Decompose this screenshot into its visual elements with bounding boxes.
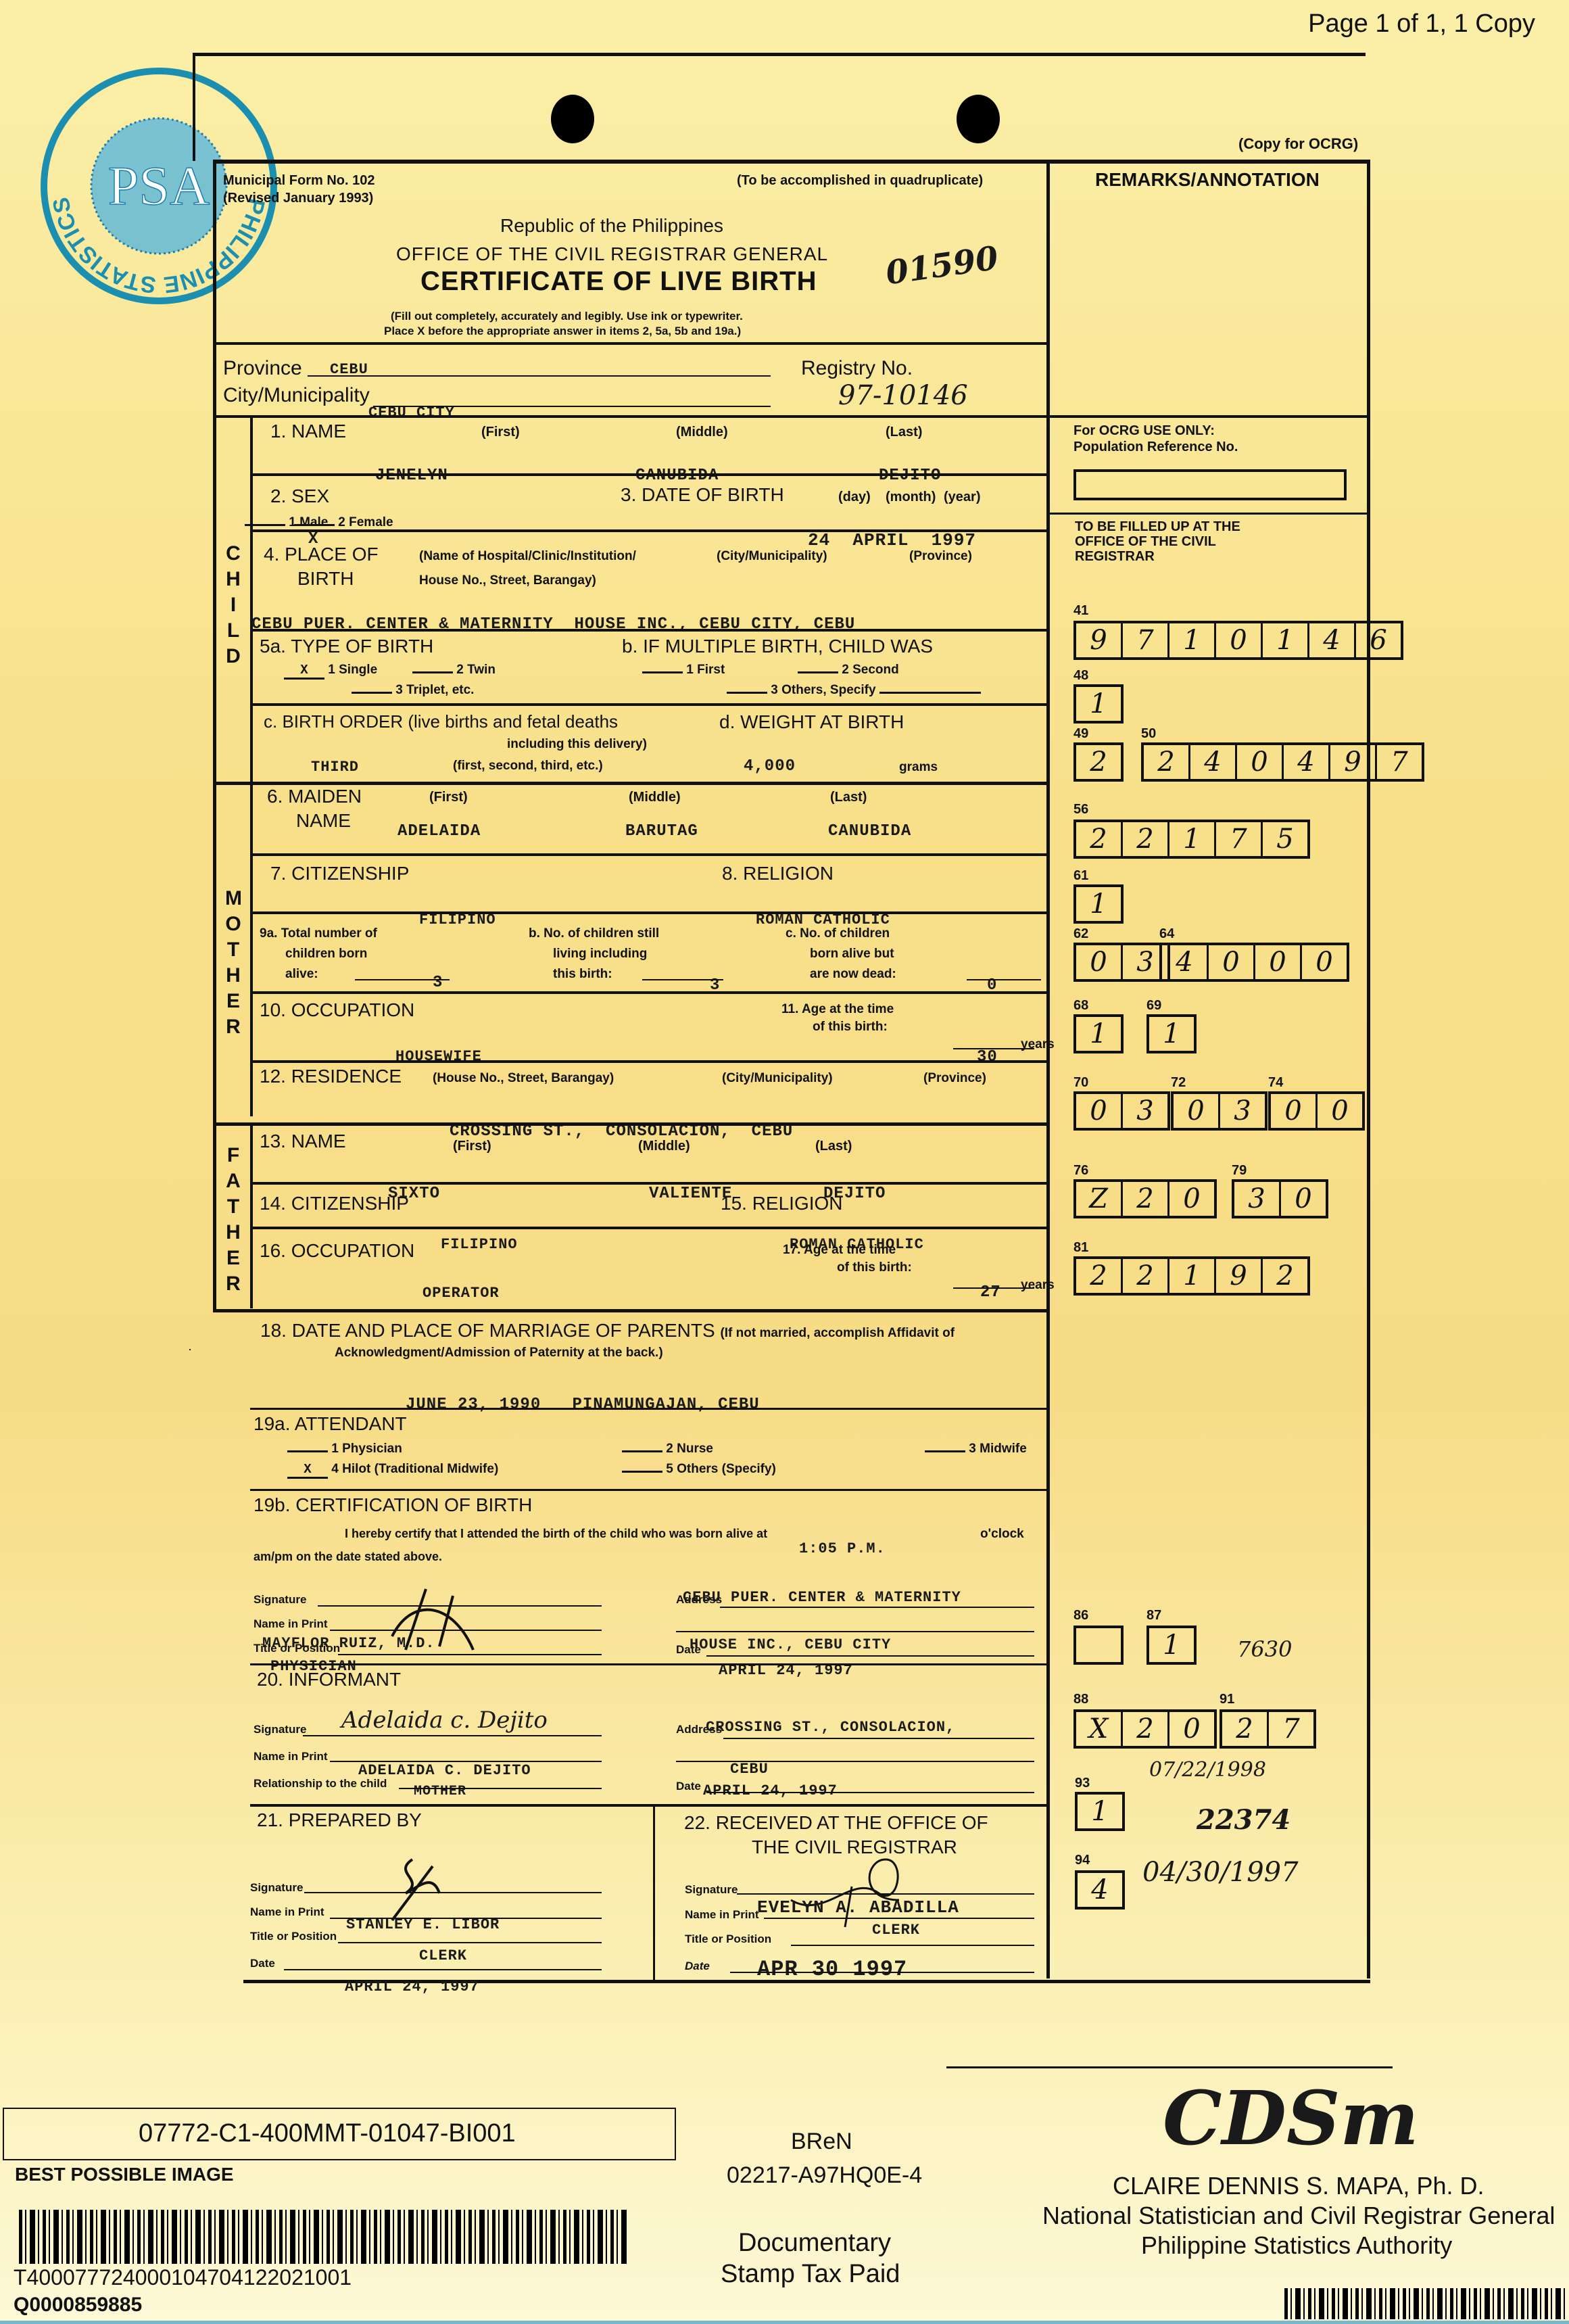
- pob-label-1: 4. PLACE OF: [264, 544, 379, 565]
- dob-label: 3. DATE OF BIRTH: [621, 484, 784, 506]
- svg-text:PSA: PSA: [108, 155, 210, 216]
- oclock-label: o'clock: [980, 1527, 1024, 1542]
- sex-dob-divider: [614, 473, 616, 475]
- received-title-line: [791, 1945, 1034, 1946]
- registry-label: Registry No.: [801, 357, 913, 380]
- city-underline: [373, 406, 771, 407]
- certification-text-1: I hereby certify that I attended the bir…: [345, 1527, 767, 1541]
- divider-father-bottom: [213, 1309, 1048, 1312]
- father-age-unit: years: [1021, 1278, 1055, 1293]
- signatory-title: National Statistician and Civil Registra…: [1042, 2202, 1555, 2230]
- code-field-79[interactable]: 30: [1232, 1179, 1328, 1218]
- form-revised: (Revised January 1993): [223, 191, 373, 206]
- father-name-label: 13. NAME: [260, 1131, 346, 1152]
- received-name-label: Name in Print: [685, 1908, 759, 1922]
- best-possible-image-label: BEST POSSIBLE IMAGE: [15, 2164, 234, 2185]
- ocrg-title: For OCRG USE ONLY:: [1073, 423, 1215, 439]
- code-field-61[interactable]: 1: [1073, 884, 1124, 924]
- prepared-date-label: Date: [250, 1957, 275, 1970]
- page-title: CERTIFICATE OF LIVE BIRTH: [420, 266, 817, 297]
- dob-day-label: (day): [838, 490, 871, 505]
- pob-sub-2: House No., Street, Barangay): [419, 573, 596, 588]
- fill-up-title: TO BE FILLED UP AT THEOFFICE OF THE CIVI…: [1075, 519, 1240, 564]
- prepared-received-divider: [653, 1804, 655, 1981]
- code-label-56: 56: [1073, 802, 1088, 817]
- code-label-72: 72: [1171, 1075, 1186, 1091]
- bottom-edge: [0, 2321, 1569, 2324]
- control-number: 07772-C1-400MMT-01047-BI001: [139, 2119, 516, 2148]
- attendant-others[interactable]: 5 Others (Specify): [622, 1462, 776, 1477]
- frame-right-main: [1046, 160, 1050, 1978]
- 9a-9b-divider: [512, 911, 514, 913]
- prepared-title-label: Title or Position: [250, 1930, 337, 1943]
- order-weight-divider: [706, 703, 708, 705]
- cert-name-label: Name in Print: [254, 1617, 328, 1631]
- code-field-48[interactable]: 1: [1073, 684, 1124, 724]
- dead-children-label: c. No. of childrenborn alive butare now …: [786, 924, 896, 985]
- code-label-74: 74: [1268, 1075, 1283, 1091]
- total-children-label: 9a. Total number ofchildren bornalive:: [260, 924, 377, 985]
- total-children-underline: [355, 979, 450, 980]
- father-section-label: FATHER: [220, 1143, 247, 1297]
- remarks-title: REMARKS/ANNOTATION: [1095, 169, 1320, 191]
- relationship-line: [399, 1788, 602, 1789]
- code-field-62[interactable]: 03: [1073, 943, 1170, 982]
- prepared-by-label: 21. PREPARED BY: [257, 1809, 422, 1831]
- relationship-field[interactable]: MOTHER: [414, 1784, 466, 1799]
- multiple-birth-label: b. IF MULTIPLE BIRTH, CHILD WAS: [622, 636, 933, 657]
- attendant-midwife[interactable]: 3 Midwife: [925, 1442, 1027, 1456]
- residence-label: 12. RESIDENCE: [260, 1066, 402, 1087]
- code-label-64: 64: [1159, 926, 1174, 942]
- marriage-note-2: Acknowledgment/Admission of Paternity at…: [335, 1346, 663, 1360]
- divider-child-sex: [250, 529, 1048, 532]
- note-94-date: 04/30/1997: [1142, 1857, 1299, 1888]
- registry-divider: [790, 343, 792, 345]
- total-children-field[interactable]: 3: [433, 974, 443, 992]
- frame-top-inner: [213, 160, 1369, 164]
- code-field-93[interactable]: 1: [1075, 1792, 1125, 1831]
- mother-last-label: (Last): [830, 790, 867, 805]
- received-signature-label: Signature: [685, 1883, 738, 1897]
- maiden-label-1: 6. MAIDEN: [267, 786, 362, 807]
- residence-prov-label: (Province): [923, 1071, 986, 1086]
- attendant-nurse[interactable]: 2 Nurse: [622, 1442, 713, 1456]
- residence-city-label: (City/Municipality): [722, 1071, 833, 1086]
- divider-child-type: [250, 703, 1048, 706]
- prepared-name-field[interactable]: STANLEY E. LIBOR: [346, 1916, 500, 1933]
- father-cit-rel-divider: [717, 1182, 719, 1183]
- signatory-org: Philippine Statistics Authority: [1141, 2231, 1452, 2260]
- divider-certification: [250, 1663, 1048, 1665]
- father-age-label: 17. Age at the timeof this birth:: [783, 1241, 912, 1277]
- prepared-title-line: [338, 1942, 602, 1943]
- code-field-56[interactable]: 22175: [1073, 820, 1310, 859]
- mother-occupation-label: 10. OCCUPATION: [260, 999, 414, 1021]
- code-label-50: 50: [1141, 726, 1156, 742]
- registry-field[interactable]: 97-10146: [838, 380, 968, 411]
- certification-text-2: am/pm on the date stated above.: [254, 1550, 442, 1564]
- informant-date-line: [706, 1792, 1034, 1793]
- received-name-line: [764, 1918, 1034, 1919]
- office-label: OFFICE OF THE CIVIL REGISTRAR GENERAL: [396, 243, 828, 265]
- pob-city-label: (City/Municipality): [717, 549, 827, 564]
- mother-last-name[interactable]: CANUBIDA: [828, 822, 911, 840]
- serial-number: Q0000859885: [14, 2294, 142, 2317]
- mother-age-unit: years: [1021, 1037, 1055, 1052]
- received-date-stamp[interactable]: APR 30 1997: [757, 1957, 907, 1982]
- informant-address-line-1[interactable]: CROSSING ST., CONSOLACION,: [706, 1719, 955, 1736]
- mother-sidebar-divider: [250, 782, 253, 1116]
- instructions-line-2: Place X before the appropriate answer in…: [384, 325, 741, 338]
- divider-mother-children: [250, 991, 1048, 994]
- father-age-field[interactable]: 27: [980, 1283, 1001, 1302]
- father-middle-name[interactable]: VALIENTE: [649, 1185, 732, 1203]
- father-citizenship-field[interactable]: FILIPINO: [441, 1236, 518, 1253]
- father-last-label: (Last): [815, 1139, 852, 1154]
- informant-signature: Adelaida c. Dejito: [341, 1707, 548, 1734]
- pob-sub-1: (Name of Hospital/Clinic/Institution/: [419, 549, 636, 564]
- marriage-label: 18. DATE AND PLACE OF MARRIAGE OF PARENT…: [260, 1320, 955, 1342]
- code-field-76[interactable]: Z20: [1073, 1179, 1217, 1218]
- code-field-70[interactable]: 03: [1073, 1091, 1170, 1131]
- divider-mother-cit: [250, 911, 1048, 914]
- mother-citizenship-label: 7. CITIZENSHIP: [270, 863, 409, 884]
- birth-type-single[interactable]: X 1 Single: [284, 663, 377, 680]
- child-sidebar-divider: [250, 415, 253, 783]
- father-citizenship-label: 14. CITIZENSHIP: [260, 1193, 409, 1214]
- father-occupation-field[interactable]: OPERATOR: [423, 1285, 500, 1302]
- code-field-81[interactable]: 22192: [1073, 1256, 1310, 1296]
- code-label-68: 68: [1073, 998, 1088, 1014]
- code-field-69[interactable]: 1: [1146, 1014, 1197, 1053]
- divider-mother-occ: [250, 1060, 1048, 1063]
- left-dotted-edge: [189, 1349, 191, 1350]
- father-occ-age-divider: [776, 1227, 778, 1228]
- divider-header: [213, 342, 1048, 345]
- birth-order-hint: (first, second, third, etc.): [453, 759, 603, 774]
- attendant-physician[interactable]: 1 Physician: [287, 1442, 402, 1456]
- cert-name-line: [330, 1630, 602, 1631]
- dob-field[interactable]: 24 APRIL 1997: [808, 530, 976, 550]
- attendant-hilot[interactable]: X 4 Hilot (Traditional Midwife): [287, 1462, 498, 1479]
- child-first-label: (First): [481, 425, 520, 440]
- prepared-date-line: [284, 1969, 602, 1970]
- received-label-1: 22. RECEIVED AT THE OFFICE OF: [684, 1812, 988, 1834]
- frame-top-outer: [193, 53, 1366, 56]
- multiple-second-option[interactable]: 2 Second: [798, 663, 899, 678]
- code-label-41: 41: [1073, 603, 1088, 619]
- prepared-title-field[interactable]: CLERK: [419, 1947, 467, 1964]
- code-field-41[interactable]: 9710146: [1073, 621, 1403, 660]
- multiple-first-option[interactable]: 1 First: [642, 663, 725, 678]
- father-occupation-label: 16. OCCUPATION: [260, 1240, 414, 1262]
- informant-address-rule-1: [723, 1738, 1034, 1739]
- received-name-field[interactable]: EVELYN A. ABADILLA: [757, 1897, 959, 1918]
- residence-sub: (House No., Street, Barangay): [433, 1071, 614, 1086]
- 9b-9c-divider: [771, 911, 773, 913]
- dead-children-underline: [967, 979, 1041, 980]
- note-86: 7630: [1237, 1636, 1292, 1662]
- informant-address-line-2[interactable]: CEBU: [730, 1761, 769, 1778]
- living-children-label: b. No. of children stillliving including…: [529, 924, 659, 985]
- mother-religion-label: 8. RELIGION: [722, 863, 834, 884]
- population-reference-field[interactable]: [1073, 469, 1347, 500]
- divider-mother-name: [250, 853, 1048, 856]
- father-religion-label: 15. RELIGION: [721, 1193, 843, 1214]
- ocrg-subtitle: Population Reference No.: [1073, 440, 1238, 455]
- informant-signature-label: Signature: [254, 1723, 306, 1736]
- father-middle-label: (Middle): [638, 1139, 690, 1154]
- registrar-signature: CDSm: [1163, 2074, 1419, 2162]
- multiple-others-option[interactable]: 3 Others, Specify: [727, 683, 981, 698]
- cert-name-field[interactable]: MAYFLOR RUIZ, M.D.: [262, 1635, 435, 1652]
- barcode-text: T400077724000104704122021001: [14, 2265, 352, 2290]
- page-info: Page 1 of 1, 1 Copy: [1308, 9, 1535, 39]
- informant-label: 20. INFORMANT: [257, 1669, 401, 1690]
- birth-time-field[interactable]: 1:05 P.M.: [799, 1540, 886, 1557]
- code-label-93: 93: [1075, 1776, 1090, 1791]
- code-field-74[interactable]: 00: [1268, 1091, 1365, 1131]
- barcode-primary: [19, 2210, 627, 2264]
- cert-signature-label: Signature: [254, 1593, 306, 1607]
- code-field-87[interactable]: 1: [1146, 1626, 1197, 1665]
- divider-child-top: [213, 415, 1048, 418]
- prepared-date-field[interactable]: APRIL 24, 1997: [345, 1978, 479, 1995]
- cert-date-line: [706, 1655, 1034, 1657]
- code-label-88: 88: [1073, 1692, 1088, 1707]
- stamp-tax-line-2: Stamp Tax Paid: [721, 2260, 900, 2289]
- pob-label-2: BIRTH: [297, 568, 354, 590]
- birth-type-triplet[interactable]: 3 Triplet, etc.: [352, 683, 474, 698]
- code-field-94[interactable]: 4: [1075, 1870, 1125, 1910]
- relationship-label: Relationship to the child: [254, 1777, 387, 1791]
- divider-mother-top: [213, 782, 1048, 785]
- certification-label: 19b. CERTIFICATION OF BIRTH: [254, 1494, 532, 1516]
- stamp-tax-line-1: Documentary: [738, 2229, 891, 2258]
- code-field-86[interactable]: [1073, 1626, 1124, 1665]
- dob-month-label: (month): [886, 490, 936, 505]
- divider-attendant: [250, 1489, 1048, 1491]
- cert-address-line: [720, 1607, 1034, 1608]
- received-date-label: Date: [685, 1960, 710, 1973]
- code-label-70: 70: [1073, 1075, 1088, 1091]
- child-middle-label: (Middle): [676, 425, 728, 440]
- form-number: Municipal Form No. 102: [223, 173, 375, 189]
- father-sidebar-divider: [250, 1122, 253, 1308]
- divider-remarks: [1046, 415, 1370, 418]
- divider-child-pob: [250, 629, 1048, 632]
- barcode-secondary: [1284, 2288, 1565, 2319]
- mother-first-label: (First): [429, 790, 468, 805]
- note-93-number: 22374: [1197, 1804, 1290, 1836]
- code-label-61: 61: [1073, 868, 1088, 884]
- weight-unit: grams: [899, 760, 938, 775]
- prepared-signature-line: [304, 1892, 602, 1893]
- bren-value: 02217-A97HQ0E-4: [727, 2162, 922, 2189]
- prepared-signature-label: Signature: [250, 1881, 303, 1895]
- code-label-49: 49: [1073, 726, 1088, 742]
- code-label-81: 81: [1073, 1240, 1088, 1256]
- divider-father-cit: [250, 1227, 1048, 1229]
- living-children-underline: [642, 979, 723, 980]
- hole-punch-left: [551, 95, 594, 143]
- hole-punch-right: [957, 95, 1000, 143]
- child-name-label: 1. NAME: [270, 421, 346, 442]
- dob-year-label: (year): [944, 490, 980, 505]
- prepared-name-label: Name in Print: [250, 1905, 324, 1919]
- code-label-86: 86: [1073, 1608, 1088, 1623]
- cert-address-line-2-rule: [676, 1631, 1034, 1632]
- code-label-76: 76: [1073, 1163, 1088, 1179]
- divider-informant: [250, 1804, 1048, 1807]
- code-field-50[interactable]: 240497: [1141, 742, 1424, 782]
- received-date-line: [730, 1972, 1034, 1973]
- divider-ocrg: [1046, 513, 1370, 515]
- frame-left-outer-top: [193, 53, 195, 161]
- frame-right-remarks: [1367, 160, 1370, 1978]
- mother-middle-name[interactable]: BARUTAG: [625, 822, 698, 840]
- code-label-79: 79: [1232, 1163, 1247, 1179]
- father-first-label: (First): [453, 1139, 491, 1154]
- divider-father-name: [250, 1182, 1048, 1185]
- informant-date-label: Date: [676, 1780, 701, 1793]
- republic-label: Republic of the Philippines: [500, 215, 723, 237]
- birth-order-label: c. BIRTH ORDER (live births and fetal de…: [264, 711, 618, 732]
- received-signature-line: [737, 1893, 1034, 1895]
- code-label-94: 94: [1075, 1853, 1090, 1868]
- informant-name-label: Name in Print: [254, 1750, 328, 1763]
- footer-top-rule: [946, 2066, 1393, 2068]
- city-label: City/Municipality: [223, 384, 370, 407]
- sex-label: 2. SEX: [270, 485, 329, 507]
- mother-occ-age-divider: [771, 991, 773, 993]
- maiden-label-2: NAME: [296, 810, 351, 832]
- sex-female-option[interactable]: 2 Female: [294, 515, 393, 530]
- code-field-72[interactable]: 03: [1171, 1091, 1268, 1131]
- cert-title-line: [338, 1654, 602, 1655]
- mother-cit-rel-divider: [706, 853, 708, 855]
- province-underline: [308, 375, 771, 377]
- code-field-49[interactable]: 2: [1073, 742, 1124, 782]
- instructions-line-1: (Fill out completely, accurately and leg…: [391, 310, 743, 323]
- copy-for-label: (Copy for OCRG): [1238, 135, 1358, 153]
- pob-prov-label: (Province): [909, 549, 972, 564]
- stamp-number: 01590: [884, 239, 1000, 293]
- mother-section-label: MOTHER: [220, 886, 247, 1040]
- code-field-68[interactable]: 1: [1073, 1014, 1124, 1053]
- note-93-date: 07/22/1998: [1149, 1758, 1266, 1782]
- birth-type-label: 5a. TYPE OF BIRTH: [260, 636, 433, 657]
- received-title-field[interactable]: CLERK: [872, 1922, 920, 1939]
- birth-order-field[interactable]: THIRD: [311, 759, 359, 776]
- divider-father-top: [213, 1122, 1048, 1126]
- code-field-88[interactable]: X20: [1073, 1709, 1217, 1749]
- mother-age-label: 11. Age at the timeof this birth:: [781, 1001, 894, 1036]
- code-label-91: 91: [1220, 1692, 1234, 1707]
- type-multiple-divider: [614, 629, 616, 630]
- code-field-91[interactable]: 27: [1220, 1709, 1316, 1749]
- weight-label: d. WEIGHT AT BIRTH: [719, 711, 904, 733]
- province-label: Province: [223, 357, 302, 380]
- received-title-label: Title or Position: [685, 1932, 771, 1946]
- attendant-label: 19a. ATTENDANT: [254, 1413, 407, 1435]
- signatory-name: CLAIRE DENNIS S. MAPA, Ph. D.: [1113, 2172, 1484, 2200]
- code-label-69: 69: [1146, 998, 1161, 1014]
- child-last-label: (Last): [886, 425, 922, 440]
- marriage-field[interactable]: JUNE 23, 1990 PINAMUNGAJAN, CEBU: [406, 1396, 760, 1414]
- divider-child-name: [250, 473, 1048, 476]
- code-label-62: 62: [1073, 926, 1088, 942]
- code-label-87: 87: [1146, 1608, 1161, 1623]
- mother-middle-label: (Middle): [629, 790, 681, 805]
- mother-age-field[interactable]: 30: [977, 1048, 998, 1066]
- code-label-48: 48: [1073, 668, 1088, 684]
- bren-label: BReN: [791, 2129, 852, 2155]
- cert-address-line-2[interactable]: HOUSE INC., CEBU CITY: [690, 1636, 891, 1653]
- birth-order-sub: including this delivery): [507, 737, 647, 752]
- child-section-label: CHILD: [220, 541, 247, 669]
- informant-signature-line: [303, 1735, 602, 1736]
- quadruplicate-note: (To be accomplished in quadruplicate): [737, 173, 983, 189]
- informant-date-field[interactable]: APRIL 24, 1997: [703, 1782, 838, 1799]
- divider-marriage: [250, 1408, 1048, 1410]
- mother-first-name[interactable]: ADELAIDA: [397, 822, 481, 840]
- frame-left-inner: [213, 160, 216, 1312]
- code-field-64[interactable]: 4000: [1159, 943, 1349, 982]
- weight-field[interactable]: 4,000: [744, 757, 796, 776]
- birth-type-twin[interactable]: 2 Twin: [412, 663, 496, 678]
- cert-address-line-1[interactable]: CEBU PUER. CENTER & MATERNITY: [683, 1589, 961, 1606]
